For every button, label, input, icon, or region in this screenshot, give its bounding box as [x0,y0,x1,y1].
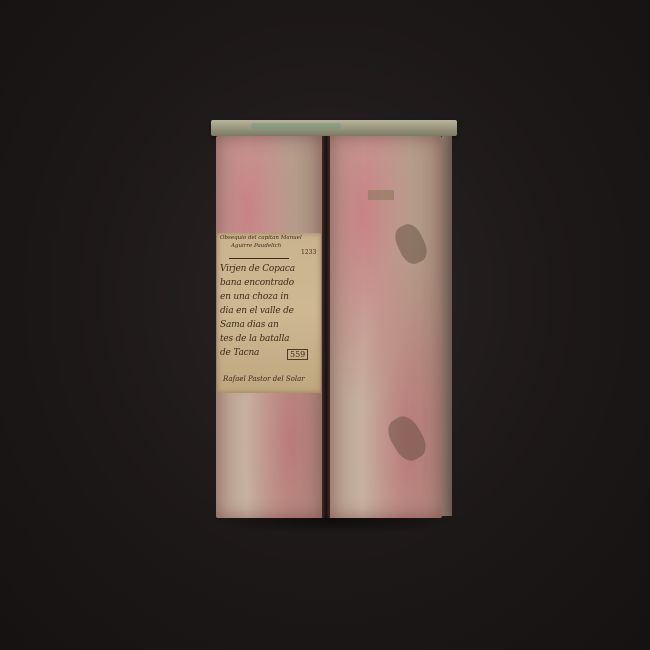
label-line: Virjen de Copaca [220,264,295,274]
label-rule [229,258,289,259]
label-line: bana encontrado [220,278,294,288]
label-line: en una choza in [220,292,289,302]
label-header-2: Aguirre Paudelich [231,243,281,249]
label-number: 559 [287,349,308,360]
door-gap [322,136,330,518]
label-line: de Tacna [220,348,259,358]
small-tag [368,190,394,200]
box-side [442,136,452,516]
wood-stain [383,412,431,466]
label-line: tes de la batalla [220,334,289,344]
label-line: Sama dias an [220,320,279,330]
wooden-box-photo: Obsequio del capitan Manuel Aguirre Paud… [0,0,650,650]
label-line: dia en el valle de [220,306,294,316]
wood-stain [391,220,431,267]
box-lid [211,120,457,136]
handwritten-label: Obsequio del capitan Manuel Aguirre Paud… [217,233,321,393]
label-code: 1233 [301,249,316,256]
label-header-1: Obsequio del capitan Manuel [220,235,302,241]
label-signature: Rafael Pastor del Solar [223,375,305,383]
